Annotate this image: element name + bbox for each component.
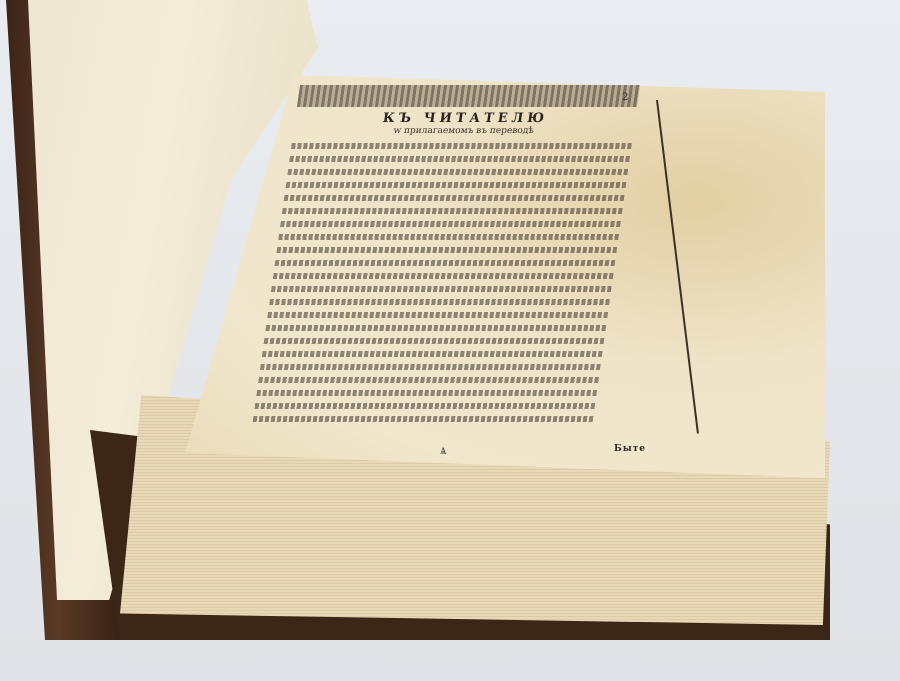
text-line [260, 364, 601, 370]
text-line [254, 403, 595, 409]
text-line [271, 286, 612, 292]
text-line [282, 208, 623, 214]
text-line [286, 182, 627, 188]
text-line [275, 260, 616, 266]
text-line [262, 351, 603, 357]
text-block: КЪ ЧИТАТЕЛЮ w прилагаемомъ въ переводѣ [250, 85, 640, 440]
page-title: КЪ ЧИТАТЕЛЮ [294, 111, 636, 126]
text-line [287, 169, 628, 175]
text-line [253, 416, 594, 422]
text-line [273, 273, 614, 279]
text-line [276, 247, 617, 253]
text-line [291, 143, 632, 149]
text-line [256, 390, 597, 396]
text-line [278, 234, 619, 240]
page-number: 2 [622, 92, 628, 103]
text-line [265, 325, 606, 331]
signature-mark: Ѧ [440, 446, 447, 457]
catchword: Быте [614, 444, 646, 454]
header-ornament [297, 85, 640, 107]
text-line [280, 221, 621, 227]
page-subtitle: w прилагаемомъ въ переводѣ [293, 126, 634, 136]
text-line [267, 312, 608, 318]
text-line [269, 299, 610, 305]
text-line [289, 156, 630, 162]
text-line [258, 377, 599, 383]
text-line [284, 195, 625, 201]
text-line [264, 338, 605, 344]
